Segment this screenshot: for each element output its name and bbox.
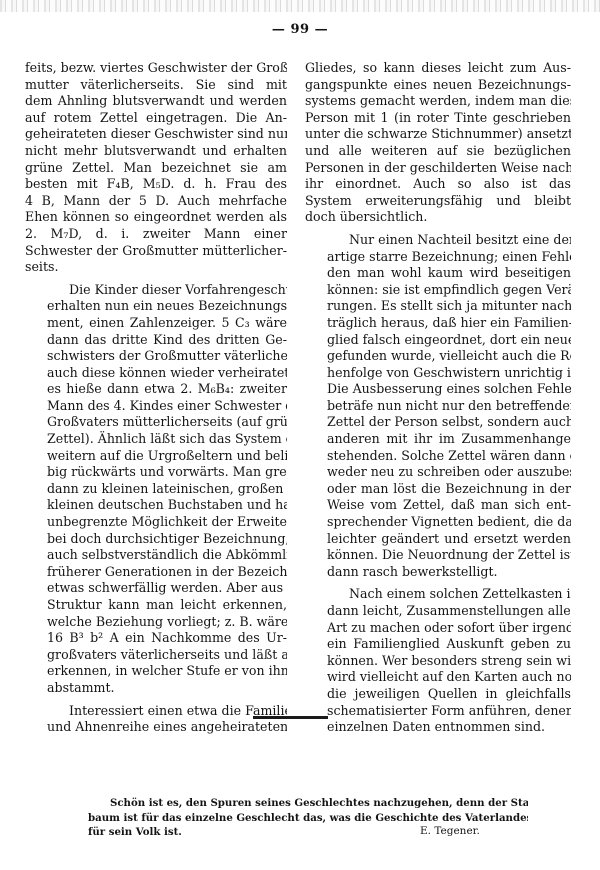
text-line: etwas schwerfällig werden. Aber aus der bbox=[25, 580, 287, 597]
text-line: wird vielleicht auf den Karten auch noch bbox=[305, 669, 571, 686]
text-line: ihr einordnet. Auch so also ist das bbox=[305, 176, 571, 193]
text-line: ein Familienglied Auskunft geben zu bbox=[305, 636, 571, 653]
text-line: und alle weiteren auf sie bezüglichen bbox=[305, 143, 571, 160]
text-line: 2. M₇D, d. i. zweiter Mann einer bbox=[25, 226, 287, 243]
text-line: kleinen deutschen Buchstaben und hat ein… bbox=[25, 497, 287, 514]
text-line: oder man löst die Bezeichnung in der bbox=[305, 481, 571, 498]
text-line: Ehen können so eingeordnet werden als bbox=[25, 209, 287, 226]
text-line: sprechender Vignetten bedient, die dann bbox=[305, 514, 571, 531]
text-line: Struktur kann man leicht erkennen, bbox=[25, 597, 287, 614]
text-line: und Ahnenreihe eines angeheirateten bbox=[25, 719, 287, 736]
text-line: beträfe nun nicht nur den betreffenden bbox=[305, 398, 571, 415]
text-line: grüne Zettel. Man bezeichnet sie am bbox=[25, 160, 287, 177]
text-line: bei doch durchsichtiger Bezeichnung, wen… bbox=[25, 531, 287, 548]
text-line: stehenden. Solche Zettel wären dann ent- bbox=[305, 448, 571, 465]
text-line: abstammt. bbox=[25, 680, 287, 697]
text-line: können: sie ist empfindlich gegen Veränd… bbox=[305, 282, 571, 299]
text-line: dann zu kleinen lateinischen, großen und bbox=[25, 481, 287, 498]
quote-author: E. Tegener. bbox=[420, 825, 480, 837]
text-line: mutter väterlicherseits. Sie sind mit bbox=[25, 77, 287, 94]
text-line: weder neu zu schreiben oder auszubessern bbox=[305, 464, 571, 481]
text-line: nicht mehr blutsverwandt und erhalten bbox=[25, 143, 287, 160]
text-line: welche Beziehung vorliegt; z. B. wäre bbox=[25, 614, 287, 631]
text-line: seits. bbox=[25, 259, 287, 276]
text-line: geheirateten dieser Geschwister sind nun bbox=[25, 126, 287, 143]
text-line: unter die schwarze Stichnummer) ansetzt bbox=[305, 126, 571, 143]
text-line: Weise vom Zettel, daß man sich ent- bbox=[305, 497, 571, 514]
left-column: feits, bezw. viertes Geschwister der Gro… bbox=[25, 60, 287, 742]
text-line: dann rasch bewerkstelligt. bbox=[305, 564, 571, 581]
section-separator-rule bbox=[253, 716, 328, 719]
text-line: können. Die Neuordnung der Zettel ist bbox=[305, 547, 571, 564]
text-line: weitern auf die Urgroßeltern und belie- bbox=[25, 448, 287, 465]
text-line: auf rotem Zettel eingetragen. Die An- bbox=[25, 110, 287, 127]
text-line: ment, einen Zahlenzeiger. 5 C₃ wäre bbox=[25, 315, 287, 332]
paragraph: feits, bezw. viertes Geschwister der Gro… bbox=[25, 60, 287, 276]
text-line: glied falsch eingeordnet, dort ein neues bbox=[305, 332, 571, 349]
text-line: auch selbstverständlich die Abkömmlinge bbox=[25, 547, 287, 564]
text-line: Nur einen Nachteil besitzt eine der- bbox=[305, 232, 571, 249]
text-line: artige starre Bezeichnung; einen Fehler, bbox=[305, 249, 571, 266]
footer-quote-line: Schön ist es, den Spuren seines Geschlec… bbox=[88, 796, 528, 811]
page-number: — 99 — bbox=[0, 22, 600, 37]
paragraph: Nur einen Nachteil besitzt eine der-arti… bbox=[305, 232, 571, 580]
text-line: Interessiert einen etwa die Familie bbox=[25, 703, 287, 720]
text-line: dem Ahnling blutsverwandt und werden bbox=[25, 93, 287, 110]
text-line: einzelnen Daten entnommen sind. bbox=[305, 719, 571, 736]
text-line: es hieße dann etwa 2. M₆B₄: zweiter bbox=[25, 381, 287, 398]
text-line: erhalten nun ein neues Bezeichnungsele- bbox=[25, 298, 287, 315]
text-line: Person mit 1 (in roter Tinte geschrieben bbox=[305, 110, 571, 127]
paragraph: Die Kinder dieser Vorfahrengeschwisterer… bbox=[25, 282, 287, 697]
text-line: doch übersichtlich. bbox=[305, 209, 571, 226]
text-line: Die Ausbesserung eines solchen Fehlers bbox=[305, 381, 571, 398]
text-line: Zettel). Ähnlich läßt sich das System er… bbox=[25, 431, 287, 448]
paragraph: Gliedes, so kann dieses leicht zum Aus-g… bbox=[305, 60, 571, 226]
text-line: dann leicht, Zusammenstellungen aller bbox=[305, 603, 571, 620]
text-line: 16 B³ b² A ein Nachkomme des Ur- bbox=[25, 630, 287, 647]
text-line: besten mit F₄B, M₅D. d. h. Frau des bbox=[25, 176, 287, 193]
text-line: leichter geändert und ersetzt werden bbox=[305, 531, 571, 548]
text-line: schwisters der Großmutter väterlichersei… bbox=[25, 348, 287, 365]
text-line: henfolge von Geschwistern unrichtig ist. bbox=[305, 365, 571, 382]
text-line: Gliedes, so kann dieses leicht zum Aus- bbox=[305, 60, 571, 77]
text-line: schematisierter Form anführen, denen die bbox=[305, 703, 571, 720]
text-line: Zettel der Person selbst, sondern auch a… bbox=[305, 414, 571, 431]
text-line: können. Wer besonders streng sein will, bbox=[305, 653, 571, 670]
paragraph: Nach einem solchen Zettelkasten ist esda… bbox=[305, 586, 571, 735]
text-line: big rückwärts und vorwärts. Man greift bbox=[25, 464, 287, 481]
text-line: erkennen, in welcher Stufe er von ihm bbox=[25, 663, 287, 680]
text-line: Mann des 4. Kindes einer Schwester des bbox=[25, 398, 287, 415]
right-column: Gliedes, so kann dieses leicht zum Aus-g… bbox=[305, 60, 571, 742]
text-line: Schwester der Großmutter mütterlicher- bbox=[25, 243, 287, 260]
text-line: früherer Generationen in der Bezeichnung bbox=[25, 564, 287, 581]
text-line: den man wohl kaum wird beseitigen bbox=[305, 265, 571, 282]
paragraph: Interessiert einen etwa die Familieund A… bbox=[25, 703, 287, 736]
text-line: träglich heraus, daß hier ein Familien- bbox=[305, 315, 571, 332]
text-line: rungen. Es stellt sich ja mitunter nach- bbox=[305, 298, 571, 315]
text-line: unbegrenzte Möglichkeit der Erweiterung bbox=[25, 514, 287, 531]
text-line: anderen mit ihr im Zusammenhange bbox=[305, 431, 571, 448]
text-line: Großvaters mütterlicherseits (auf grünem bbox=[25, 414, 287, 431]
text-line: großvaters väterlicherseits und läßt auc… bbox=[25, 647, 287, 664]
text-line: Personen in der geschilderten Weise nach bbox=[305, 160, 571, 177]
text-line: feits, bezw. viertes Geschwister der Gro… bbox=[25, 60, 287, 77]
text-line: Die Kinder dieser Vorfahrengeschwister bbox=[25, 282, 287, 299]
text-line: die jeweiligen Quellen in gleichfalls bbox=[305, 686, 571, 703]
text-line: systems gemacht werden, indem man diese bbox=[305, 93, 571, 110]
text-line: Art zu machen oder sofort über irgend bbox=[305, 620, 571, 637]
text-line: auch diese können wieder verheiratet sei… bbox=[25, 365, 287, 382]
text-line: dann das dritte Kind des dritten Ge- bbox=[25, 332, 287, 349]
text-line: gangspunkte eines neuen Bezeichnungs- bbox=[305, 77, 571, 94]
text-line: gefunden wurde, vielleicht auch die Rei- bbox=[305, 348, 571, 365]
text-line: Nach einem solchen Zettelkasten ist es bbox=[305, 586, 571, 603]
text-line: 4 B, Mann der 5 D. Auch mehrfache bbox=[25, 193, 287, 210]
text-line: System erweiterungsfähig und bleibt bbox=[305, 193, 571, 210]
footer-quote-line: baum ist für das einzelne Geschlecht das… bbox=[88, 811, 528, 826]
scan-edge-noise bbox=[0, 0, 600, 12]
